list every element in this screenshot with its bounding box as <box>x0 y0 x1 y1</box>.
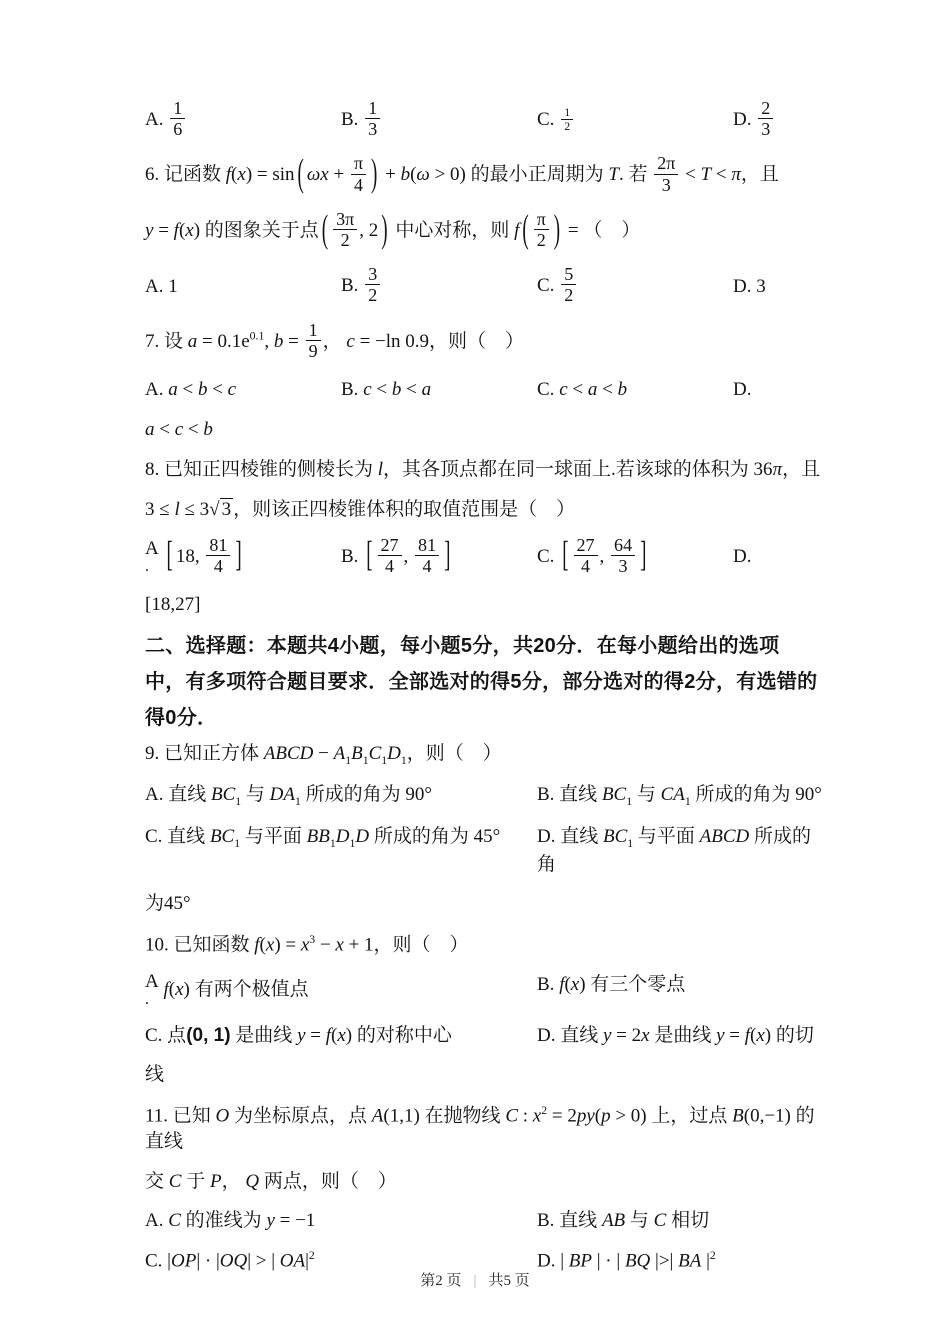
math-variable: c <box>175 419 183 440</box>
math-variable: D <box>336 826 350 847</box>
text-run: ≤ 3 <box>180 499 209 520</box>
text-run: 与 <box>632 784 661 805</box>
math-variable: T <box>701 164 712 185</box>
q9-stem: 9. 已知正方体 ABCD − A1B1C1D1，则（ ） <box>145 741 823 769</box>
text-run: 与平面 <box>633 826 700 847</box>
text-run: 所成的角为 90° <box>301 784 432 805</box>
text-run: 线 <box>145 1064 164 1085</box>
text-run: A. 直线 <box>145 784 211 805</box>
fraction-denominator: 2 <box>365 284 380 305</box>
q6-options-row-col-2: C. 52 <box>537 266 733 307</box>
q7-options-row: A. a < b < cB. c < b < aC. c < a < bD. <box>145 377 823 403</box>
math-fraction: π2 <box>534 209 549 250</box>
text-run: B. <box>341 546 363 567</box>
page-footer: 第2 页|共5 页 <box>0 1269 950 1290</box>
q6-options-row: A. 1B. 32C. 52D. 3 <box>145 266 823 307</box>
math-variable: y <box>297 1025 305 1046</box>
text-run: = <box>306 1025 326 1046</box>
exam-page: { "page": {"background": "#ffffff", "tex… <box>0 0 950 1344</box>
math-variable: π <box>773 459 783 480</box>
text-run: 9. 已知正方体 <box>145 743 264 764</box>
text-run: A. <box>145 1210 168 1231</box>
math-variable: x <box>185 220 193 241</box>
math-fraction: 274 <box>574 535 598 576</box>
math-variable: AB <box>602 1210 625 1231</box>
math-fraction: 32 <box>365 264 380 305</box>
text-run: < <box>178 379 198 400</box>
math-fraction: 2π3 <box>654 153 678 194</box>
fraction-denominator: 4 <box>351 174 366 195</box>
fraction-numerator: 5 <box>561 264 576 284</box>
text-run: ，其各顶点都在同一球面上.若该球的体积为 36 <box>383 459 773 480</box>
math-variable: C <box>505 1105 518 1126</box>
text-run: > 0) 上，过点 <box>611 1105 733 1126</box>
math-variable: c <box>363 379 371 400</box>
fraction-numerator: 1 <box>170 98 185 118</box>
math-variable: BC <box>602 784 626 805</box>
text-run: D. 直线 <box>537 826 603 847</box>
text-run: D. <box>733 109 756 130</box>
math-variable: D <box>355 826 369 847</box>
math-fraction: 52 <box>561 264 576 305</box>
q6-stem-line-2: y = f(x) 的图象关于点(3π2, 2) 中心对称，则 f(π2) = （… <box>145 211 823 252</box>
text-run: B. <box>341 379 363 400</box>
math-variable: y <box>266 1210 274 1231</box>
fraction-numerator: 1 <box>306 320 321 340</box>
text-run: = <box>725 1025 745 1046</box>
math-variable: b <box>274 331 284 352</box>
math-variable: BC <box>211 784 235 805</box>
text-run: = <box>153 220 173 241</box>
q11-stem-line-1: 11. 已知 O 为坐标原点，点 A(1,1) 在抛物线 C : x2 = 2p… <box>145 1103 823 1155</box>
text-run: C. 直线 <box>145 826 210 847</box>
fraction-denominator: 6 <box>170 118 185 139</box>
text-run: B. <box>341 109 363 130</box>
fraction-denominator: 4 <box>415 555 439 576</box>
fraction-denominator: 4 <box>574 555 598 576</box>
superscript: 2 <box>309 1249 315 1262</box>
text-run: 3 ≤ <box>145 499 174 520</box>
math-fraction: 643 <box>611 535 635 576</box>
math-variable: CA <box>661 784 685 805</box>
math-variable: B <box>351 743 363 764</box>
footer-page-number: 第2 页 <box>420 1273 461 1289</box>
text-run: ， <box>222 1171 246 1192</box>
text-run: 所成的角为 90° <box>691 784 822 805</box>
section-2-header-line-2: 中，有多项符合题目要求．全部选对的得5分，部分选对的得2分，有选错的 <box>145 669 823 696</box>
fraction-numerator: 27 <box>378 535 402 555</box>
math-fraction: 13 <box>365 98 380 139</box>
math-variable: P <box>210 1171 222 1192</box>
text-run: + <box>329 164 349 185</box>
text-run: D. 3 <box>733 276 766 297</box>
q8-stem-line-1: 8. 已知正四棱锥的侧棱长为 l，其各顶点都在同一球面上.若该球的体积为 36π… <box>145 457 823 483</box>
math-variable: BB <box>307 826 330 847</box>
math-fraction: 814 <box>206 535 230 576</box>
text-run: ，则（ ） <box>407 743 502 764</box>
big-right-paren: ) <box>371 149 377 202</box>
fraction-denominator: 3 <box>611 555 635 576</box>
text-run: 的准线为 <box>181 1210 267 1231</box>
q8-stem-line-2: 3 ≤ l ≤ 3√3，则该正四棱锥体积的取值范围是（ ） <box>145 497 823 523</box>
superscript: 2 <box>710 1249 716 1262</box>
math-variable: T <box>608 164 619 185</box>
text-run: 与平面 <box>240 826 307 847</box>
text-run: < <box>183 419 203 440</box>
text-run: 6. 记函数 <box>145 164 226 185</box>
fraction-denominator: 3 <box>654 174 678 195</box>
fraction-denominator: 2 <box>333 229 357 250</box>
math-fraction: 12 <box>561 106 573 134</box>
q11-options-ab-row-col-0: A. C 的准线为 y = −1 <box>145 1208 537 1234</box>
text-run: ) = sin <box>246 164 295 185</box>
math-variable: π <box>731 164 741 185</box>
text-run: < <box>207 379 227 400</box>
text-run: 所成的角为 45° <box>369 826 500 847</box>
math-variable: C <box>654 1210 667 1231</box>
q9-options-ab-row-col-1: B. 直线 BC1 与 CA1 所成的角为 90° <box>537 782 823 810</box>
text-run: D. <box>733 379 751 400</box>
q10-options-cd-row-col-1: D. 直线 y = 2x 是曲线 y = f(x) 的切 <box>537 1023 823 1049</box>
q8-option-d-continuation: [18,27] <box>145 592 823 618</box>
math-fraction: 16 <box>170 98 185 139</box>
text-run: < <box>597 379 617 400</box>
math-fraction: 23 <box>758 98 773 139</box>
math-variable: c <box>346 331 354 352</box>
text-run: = 2 <box>547 1105 577 1126</box>
math-variable: a <box>168 379 178 400</box>
q5-options-row-col-1: B. 13 <box>341 100 537 141</box>
q10-options-cd-row: C. 点(0, 1) 是曲线 y = f(x) 的对称中心D. 直线 y = 2… <box>145 1023 823 1049</box>
superscript: 0.1 <box>250 329 265 342</box>
text-run: C. <box>537 275 559 296</box>
text-run: A. 1 <box>145 276 178 297</box>
text-run: B. 直线 <box>537 784 602 805</box>
math-variable: x <box>335 934 343 955</box>
text-run: > 0) 的最小正周期为 <box>430 164 609 185</box>
q6-options-row-col-0: A. 1 <box>145 274 341 300</box>
math-variable: C <box>369 743 382 764</box>
text-run: ，且 <box>782 459 820 480</box>
text-run: , <box>264 331 274 352</box>
q9-options-ab-row: A. 直线 BC1 与 DA1 所成的角为 90°B. 直线 BC1 与 CA1… <box>145 782 823 810</box>
section-2-header-line-1: 二、选择题：本题共4小题，每小题5分，共20分．在每小题给出的选项 <box>145 633 823 660</box>
q5-options-row-col-3: D. 23 <box>733 100 823 141</box>
footer-separator: | <box>473 1273 476 1289</box>
math-variable: Q <box>245 1171 259 1192</box>
math-variable: b <box>618 379 628 400</box>
q7-options-row-col-2: C. c < a < b <box>537 377 733 403</box>
text-run: 得0分． <box>145 707 217 729</box>
q10-stem: 10. 已知函数 f(x) = x3 − x + 1，则（ ） <box>145 932 823 958</box>
q8-options-row-col-2: C. [274, 643] <box>537 537 733 578</box>
math-variable: BC <box>603 826 627 847</box>
fraction-denominator: 3 <box>365 118 380 139</box>
text-run: 于 <box>181 1171 210 1192</box>
radical-sign: √ <box>209 499 219 520</box>
big-left-bracket: [ <box>562 532 568 581</box>
radicand: 3 <box>220 498 234 520</box>
math-variable: x <box>571 974 579 995</box>
text-run: , <box>404 546 414 567</box>
text-run: < <box>711 164 731 185</box>
q5-options-row: A. 16B. 13C. 12D. 23 <box>145 100 823 141</box>
q7-options-row-col-1: B. c < b < a <box>341 377 537 403</box>
text-run: D. 直线 <box>537 1025 603 1046</box>
math-variable: b <box>203 419 213 440</box>
text-run: C. <box>537 379 559 400</box>
math-variable: C <box>169 1171 182 1192</box>
fraction-denominator: 2 <box>561 284 576 305</box>
q6-options-row-col-3: D. 3 <box>733 274 823 300</box>
big-right-paren: ) <box>381 204 387 257</box>
text-run: 11. 已知 <box>145 1105 216 1126</box>
text-run: : <box>518 1105 533 1126</box>
math-variable: BC <box>210 826 234 847</box>
fraction-denominator: 2 <box>561 119 573 133</box>
math-variable: y <box>716 1025 724 1046</box>
math-fraction: 19 <box>306 320 321 361</box>
text-run: = 0.1e <box>197 331 249 352</box>
text-run: ) 的切 <box>765 1025 814 1046</box>
text-run: = <box>283 331 303 352</box>
fraction-denominator: 4 <box>206 555 230 576</box>
text-run: + 1，则（ ） <box>344 934 469 955</box>
q6-options-row-col-1: B. 32 <box>341 266 537 307</box>
fraction-numerator: 3 <box>365 264 380 284</box>
text-run: D. <box>733 546 751 567</box>
q9-options-cd-row-col-0: C. 直线 BC1 与平面 BB1D1D 所成的角为 45° <box>145 824 537 852</box>
math-sqrt: √3 <box>209 498 233 520</box>
text-run: 中，有多项符合题目要求．全部选对的得5分，部分选对的得2分，有选错的 <box>145 671 817 693</box>
q10-options-ab-row-col-0: A. f(x) 有两个极值点 <box>145 972 537 1009</box>
text-run: − <box>313 743 333 764</box>
math-variable: f <box>514 220 519 241</box>
math-variable: ωx <box>307 164 329 185</box>
text-run: C. <box>537 546 559 567</box>
q9-options-ab-row-col-0: A. 直线 BC1 与 DA1 所成的角为 90° <box>145 782 537 810</box>
big-left-paren: ( <box>298 149 304 202</box>
document-body: A. 16B. 13C. 12D. 236. 记函数 f(x) = sin(ωx… <box>145 100 823 1288</box>
text-run: B. 直线 <box>537 1210 602 1231</box>
text-run: 是曲线 <box>650 1025 717 1046</box>
q5-options-row-col-0: A. 16 <box>145 100 341 141</box>
math-variable: a <box>145 419 155 440</box>
text-run: 为45° <box>145 893 191 914</box>
math-fraction: 3π2 <box>333 209 357 250</box>
text-run: < <box>372 379 392 400</box>
big-right-bracket: ] <box>444 532 450 581</box>
math-variable: x <box>337 1025 345 1046</box>
math-fraction: π4 <box>351 153 366 194</box>
math-variable: ω <box>416 164 429 185</box>
fraction-denominator: 2 <box>534 229 549 250</box>
text-run: 与 <box>241 784 270 805</box>
fraction-numerator: π <box>534 209 549 229</box>
fraction-numerator: 2 <box>758 98 773 118</box>
text-run: 是曲线 <box>231 1025 298 1046</box>
fraction-numerator: 81 <box>206 535 230 555</box>
math-variable: ABCD <box>264 743 314 764</box>
math-variable: O <box>216 1105 230 1126</box>
option-period: . <box>145 992 149 1009</box>
math-variable: c <box>559 379 567 400</box>
math-variable: x <box>756 1025 764 1046</box>
text-run: A. <box>145 109 168 130</box>
fraction-numerator: 1 <box>365 98 380 118</box>
fraction-numerator: π <box>351 153 366 173</box>
footer-total-pages: 共5 页 <box>489 1273 530 1289</box>
q7-stem: 7. 设 a = 0.1e0.1, b = 19， c = −ln 0.9，则（… <box>145 322 823 363</box>
q10-options-ab-row-col-1: B. f(x) 有三个零点 <box>537 972 823 998</box>
text-run: 中心对称，则 <box>391 220 515 241</box>
q9-options-cd-row: C. 直线 BC1 与平面 BB1D1D 所成的角为 45°D. 直线 BC1 … <box>145 824 823 877</box>
big-right-paren: ) <box>554 204 560 257</box>
fraction-denominator: 3 <box>758 118 773 139</box>
q11-stem-line-2: 交 C 于 P， Q 两点，则（ ） <box>145 1169 823 1195</box>
math-fraction: 814 <box>415 535 439 576</box>
text-run <box>159 546 164 567</box>
option-letter: A <box>145 539 159 559</box>
q6-stem-line-1: 6. 记函数 f(x) = sin(ωx + π4) + b(ω > 0) 的最… <box>145 155 823 196</box>
q9-options-cd-row-col-1: D. 直线 BC1 与平面 ABCD 所成的角 <box>537 824 823 877</box>
fraction-numerator: 1 <box>561 106 573 119</box>
text-run: 相切 <box>666 1210 709 1231</box>
fraction-numerator: 2π <box>654 153 678 173</box>
text-run: < <box>401 379 421 400</box>
text-run: 为坐标原点，点 <box>229 1105 372 1126</box>
q7-options-row-col-3: D. <box>733 377 823 403</box>
stacked-option-label: A. <box>145 539 159 576</box>
text-run: 8. 已知正四棱锥的侧棱长为 <box>145 459 378 480</box>
math-variable: c <box>228 379 236 400</box>
math-variable: ABCD <box>700 826 750 847</box>
big-right-bracket: ] <box>235 532 241 581</box>
text-run: = 2 <box>611 1025 641 1046</box>
fraction-denominator: 9 <box>306 340 321 361</box>
math-variable: A <box>334 743 346 764</box>
text-run: . 若 <box>619 164 652 185</box>
q8-options-row: A. [18, 814]B. [274, 814]C. [274, 643]D. <box>145 537 823 578</box>
math-variable: D <box>387 743 401 764</box>
math-variable: x <box>641 1025 649 1046</box>
fraction-numerator: 64 <box>611 535 635 555</box>
q10-option-d-continuation: 线 <box>145 1062 823 1088</box>
text-run: C. <box>537 109 559 130</box>
stacked-option-label: A. <box>145 972 159 1009</box>
text-run: 18, <box>176 546 205 567</box>
text-run: [18,27] <box>145 594 200 615</box>
math-variable: B <box>732 1105 744 1126</box>
q10-options-ab-row: A. f(x) 有两个极值点B. f(x) 有三个零点 <box>145 972 823 1009</box>
text-run: 交 <box>145 1171 169 1192</box>
text-run: , <box>600 546 610 567</box>
math-variable: b <box>392 379 402 400</box>
big-right-bracket: ] <box>640 532 646 581</box>
math-variable: C <box>168 1210 181 1231</box>
option-period: . <box>145 559 149 576</box>
text-run: ， <box>323 331 347 352</box>
math-variable: b <box>401 164 411 185</box>
math-variable: DA <box>270 784 295 805</box>
math-variable: x <box>533 1105 541 1126</box>
text-run: ) 有三个零点 <box>579 974 685 995</box>
math-fraction: 274 <box>378 535 402 576</box>
text-run: + <box>380 164 400 185</box>
math-variable: p <box>601 1105 611 1126</box>
q7-option-d-continuation: a < c < b <box>145 417 823 443</box>
fraction-numerator: 3π <box>333 209 357 229</box>
bold-sans-text: (0, 1) <box>186 1025 230 1046</box>
text-run: C. 点 <box>145 1025 186 1046</box>
option-letter: A <box>145 972 159 992</box>
text-run: = −ln 0.9，则（ ） <box>355 331 524 352</box>
fraction-numerator: 27 <box>574 535 598 555</box>
q5-options-row-col-2: C. 12 <box>537 107 733 135</box>
q9-option-d-continuation: 为45° <box>145 891 823 917</box>
text-run: ，则该正四棱锥体积的取值范围是（ ） <box>233 499 575 520</box>
text-run: ) 有两个极值点 <box>184 979 309 1000</box>
math-variable: py <box>577 1105 595 1126</box>
q11-options-ab-row: A. C 的准线为 y = −1B. 直线 AB 与 C 相切 <box>145 1208 823 1234</box>
q8-options-row-col-0: A. [18, 814] <box>145 537 341 578</box>
fraction-denominator: 4 <box>378 555 402 576</box>
text-run: , 2 <box>359 220 378 241</box>
big-left-bracket: [ <box>366 532 372 581</box>
big-left-bracket: [ <box>166 532 172 581</box>
q7-options-row-col-0: A. a < b < c <box>145 377 341 403</box>
text-run: − <box>315 934 335 955</box>
text-run: ) 的对称中心 <box>346 1025 452 1046</box>
big-left-paren: ( <box>322 204 328 257</box>
text-run: 两点，则（ ） <box>259 1171 397 1192</box>
q11-options-ab-row-col-1: B. 直线 AB 与 C 相切 <box>537 1208 823 1234</box>
fraction-numerator: 81 <box>415 535 439 555</box>
text-run: < <box>155 419 175 440</box>
text-run: ) 的图象关于点 <box>194 220 319 241</box>
text-run: B. <box>341 275 363 296</box>
text-run: 10. 已知函数 <box>145 934 254 955</box>
math-variable: a <box>588 379 598 400</box>
big-left-paren: ( <box>522 204 528 257</box>
text-run: < <box>680 164 700 185</box>
text-run: < <box>568 379 588 400</box>
q8-options-row-col-3: D. <box>733 544 823 570</box>
text-run: ) = <box>274 934 301 955</box>
text-run: A. <box>145 379 168 400</box>
math-variable: x <box>175 979 183 1000</box>
text-run: = −1 <box>275 1210 315 1231</box>
text-run: 7. 设 <box>145 331 188 352</box>
text-run: 与 <box>625 1210 654 1231</box>
section-2-header-line-3: 得0分． <box>145 705 823 732</box>
text-run: B. <box>537 974 559 995</box>
q10-options-cd-row-col-0: C. 点(0, 1) 是曲线 y = f(x) 的对称中心 <box>145 1023 537 1049</box>
math-variable: a <box>188 331 198 352</box>
text-run: (1,1) 在抛物线 <box>383 1105 505 1126</box>
text-run: 二、选择题：本题共4小题，每小题5分，共20分．在每小题给出的选项 <box>145 635 779 657</box>
q8-options-row-col-1: B. [274, 814] <box>341 537 537 578</box>
text-run: = （ ） <box>563 220 640 241</box>
math-variable: A <box>372 1105 384 1126</box>
math-variable: a <box>422 379 432 400</box>
math-variable: x <box>237 164 245 185</box>
text-run: ，且 <box>741 164 779 185</box>
